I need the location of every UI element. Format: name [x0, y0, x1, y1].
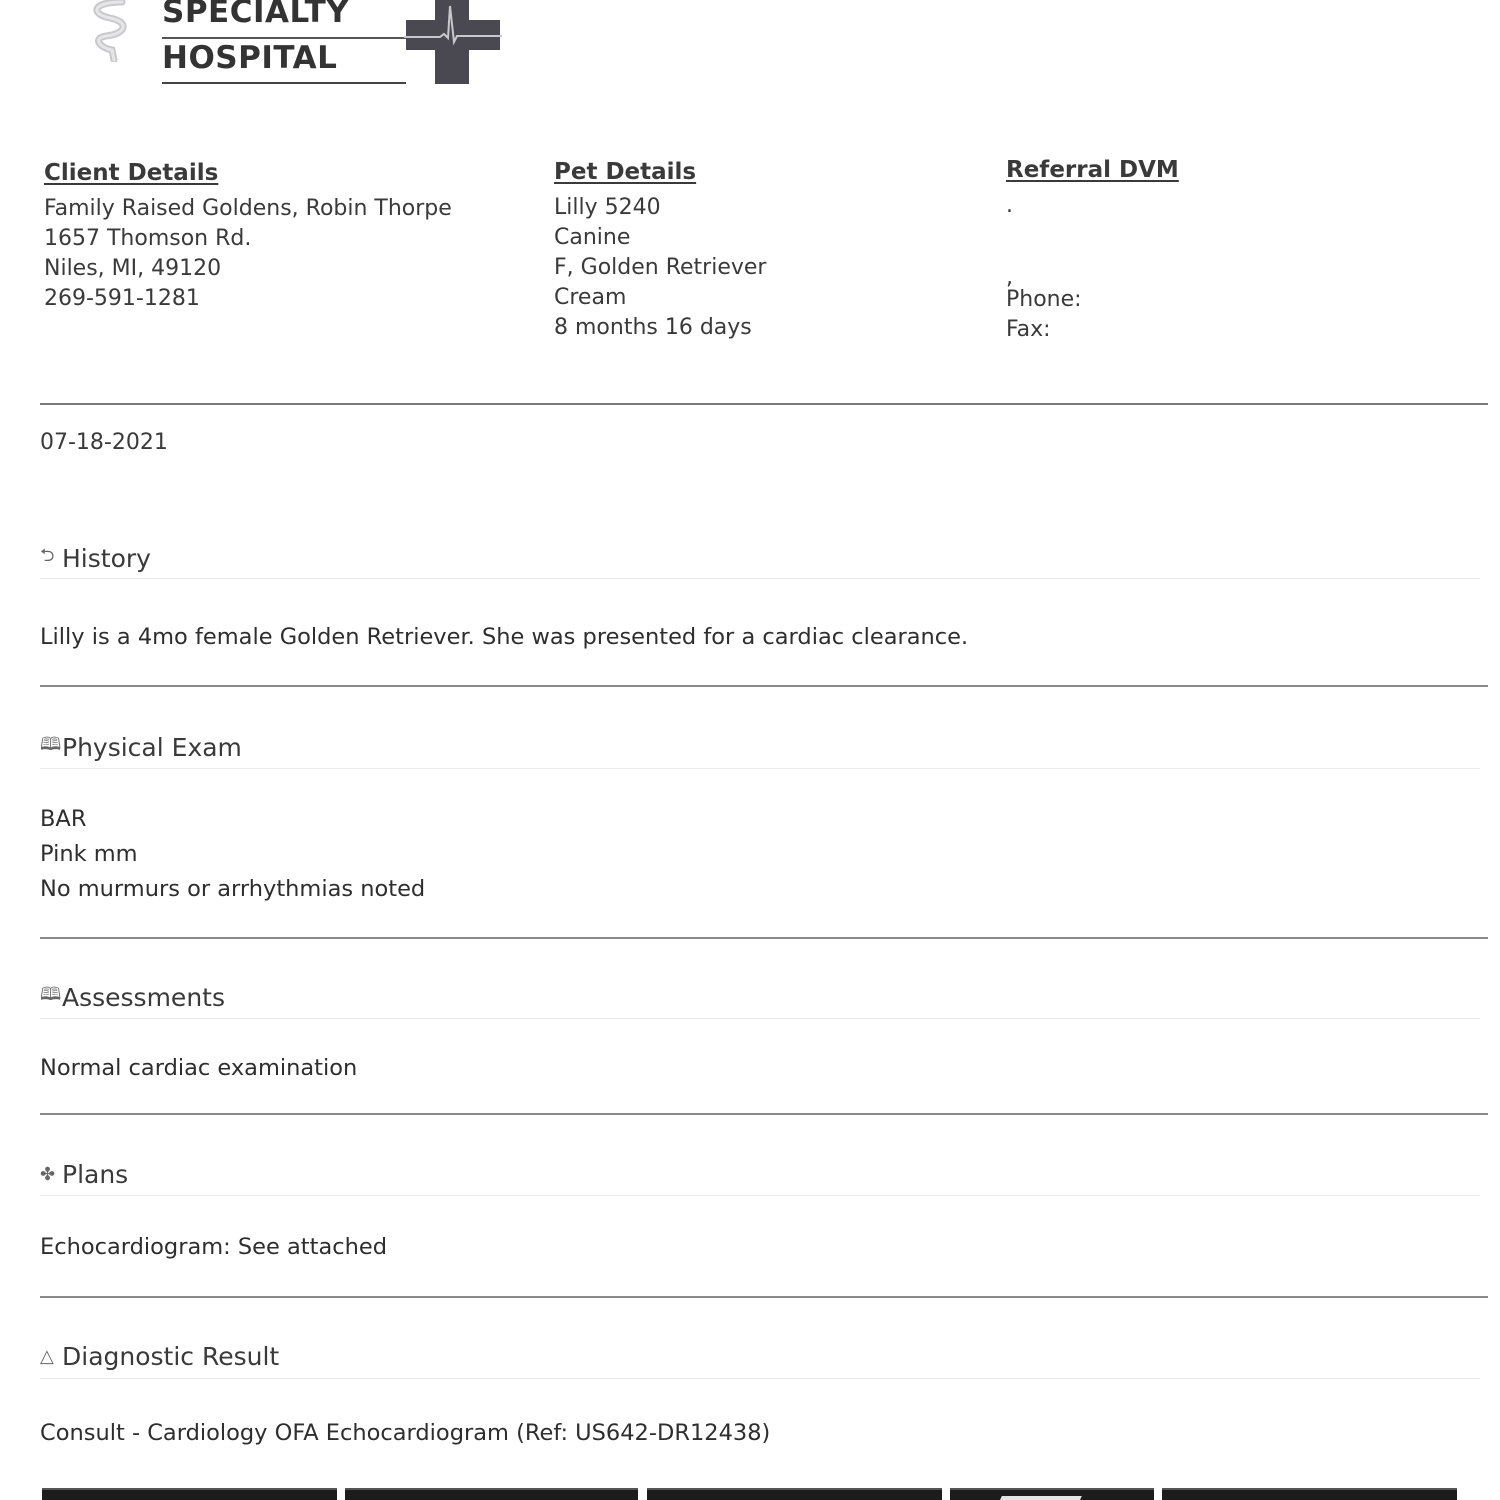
echo-image-thumbnail[interactable] [950, 1488, 1154, 1500]
section-assessments-title: 🕮 Assessments [40, 982, 225, 1012]
section-divider [40, 1296, 1488, 1298]
section-underline [40, 1378, 1480, 1379]
echo-image-thumbnail[interactable] [1162, 1488, 1457, 1500]
exam-finding: No murmurs or arrhythmias noted [40, 872, 425, 907]
logo-underline [162, 82, 406, 84]
referral-fax-label: Fax: [1006, 315, 1179, 345]
caduceus-snake-icon [82, 0, 142, 62]
referral-address: , [1006, 271, 1179, 285]
section-title-text: Physical Exam [62, 733, 242, 762]
logo-divider [162, 37, 422, 39]
referral-name: . [1006, 191, 1179, 221]
flask-icon: △ [40, 1346, 62, 1367]
section-divider [40, 937, 1488, 939]
physical-exam-findings: BAR Pink mm No murmurs or arrhythmias no… [40, 802, 425, 907]
referral-blank-line [1006, 221, 1179, 251]
pet-sex-breed: F, Golden Retriever [554, 253, 766, 283]
plans-text: Echocardiogram: See attached [40, 1234, 387, 1260]
plans-icon: ✤ [40, 1164, 62, 1185]
section-underline [40, 1195, 1480, 1196]
section-underline [40, 1018, 1480, 1019]
referral-dvm-heading: Referral DVM [1006, 157, 1179, 183]
section-physical-exam-title: 🕮 Physical Exam [40, 732, 242, 762]
pet-details-heading: Pet Details [554, 159, 766, 185]
pet-details: Pet Details Lilly 5240 Canine F, Golden … [554, 159, 766, 343]
history-icon: ⮌ [40, 543, 62, 573]
section-plans-title: ✤ Plans [40, 1160, 128, 1189]
client-details: Client Details Family Raised Goldens, Ro… [44, 160, 452, 314]
section-title-text: Assessments [62, 983, 225, 1012]
pet-name: Lilly 5240 [554, 193, 766, 223]
echo-image-highlight [998, 1496, 1082, 1500]
section-diagnostic-result-title: △ Diagnostic Result [40, 1342, 279, 1371]
referral-blank-line [1006, 251, 1179, 271]
pet-color: Cream [554, 283, 766, 313]
client-phone: 269-591-1281 [44, 284, 452, 314]
section-divider [40, 685, 1488, 687]
logo-text-specialty: SPECIALTY [162, 0, 349, 30]
pet-age: 8 months 16 days [554, 313, 766, 343]
book-icon: 🕮 [40, 982, 62, 1012]
exam-finding: Pink mm [40, 837, 425, 872]
header-divider [40, 403, 1488, 405]
section-underline [40, 768, 1480, 769]
section-title-text: History [62, 544, 151, 573]
client-city: Niles, MI, 49120 [44, 254, 452, 284]
assessment-text: Normal cardiac examination [40, 1055, 357, 1081]
section-history-title: ⮌ History [40, 543, 151, 573]
echo-image-thumbnail[interactable] [42, 1488, 337, 1500]
visit-date: 07-18-2021 [40, 430, 168, 455]
client-details-heading: Client Details [44, 160, 452, 186]
logo-text-hospital: HOSPITAL [162, 40, 337, 76]
pet-species: Canine [554, 223, 766, 253]
referral-phone-label: Phone: [1006, 285, 1179, 315]
medical-cross-ecg-icon [404, 0, 502, 84]
echo-image-thumbnail[interactable] [647, 1488, 942, 1500]
history-text: Lilly is a 4mo female Golden Retriever. … [40, 624, 968, 650]
section-title-text: Diagnostic Result [62, 1342, 279, 1371]
diagnostic-result-text: Consult - Cardiology OFA Echocardiogram … [40, 1420, 770, 1446]
echo-image-thumbnail[interactable] [345, 1488, 638, 1500]
client-street: 1657 Thomson Rd. [44, 224, 452, 254]
referral-dvm: Referral DVM . , Phone: Fax: [1006, 157, 1179, 345]
section-underline [40, 578, 1480, 579]
section-divider [40, 1113, 1488, 1115]
exam-finding: BAR [40, 802, 425, 837]
client-name: Family Raised Goldens, Robin Thorpe [44, 194, 452, 224]
section-title-text: Plans [62, 1160, 128, 1189]
book-icon: 🕮 [40, 732, 62, 762]
